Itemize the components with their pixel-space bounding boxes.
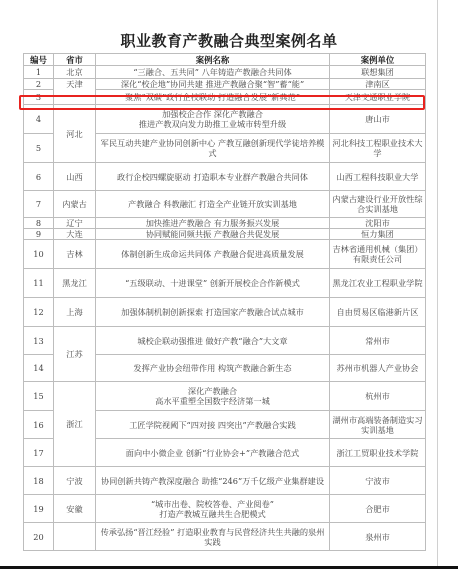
cell-province: 大连 bbox=[54, 229, 96, 240]
table-row: 18 宁波 协同创新共铸产教深度融合 助推“246”万千亿级产业集群建设 宁波市 bbox=[24, 467, 426, 495]
cell-case-name: 政行企校四螺旋驱动 打造职本专业群产教融合共同体 bbox=[96, 163, 330, 191]
cell-province: 天津 bbox=[54, 79, 96, 105]
cell-province: 浙江 bbox=[54, 382, 96, 467]
cell-case-unit: 苏州市机器人产业协会 bbox=[330, 355, 426, 382]
cell-case-name: “三融合、五共同” 八年铸造产教融合共同体 bbox=[96, 66, 330, 79]
cell-province: 辽宁 bbox=[54, 218, 96, 229]
cell-case-unit: 内蒙古建设行业开放性综合实训基地 bbox=[330, 191, 426, 218]
cell-province: 黑龙江 bbox=[54, 269, 96, 298]
cell-no: 19 bbox=[24, 495, 54, 523]
table-row: 6 山西 政行企校四螺旋驱动 打造职本专业群产教融合共同体 山西工程科技职业大学 bbox=[24, 163, 426, 191]
cell-no: 3 bbox=[24, 90, 54, 105]
table-row: 19 安徽 “城市出卷、院校答卷、产业阅卷” 打造产教城互融共生合肥模式 合肥市 bbox=[24, 495, 426, 523]
table-row: 11 黑龙江 “五级联动、十进课堂” 创新开展校企合作新模式 黑龙江农业工程职业… bbox=[24, 269, 426, 298]
header-province: 省市 bbox=[54, 54, 96, 66]
table-header-row: 编号 省市 案例名称 案例单位 bbox=[24, 54, 426, 66]
cell-case-unit: 沈阳市 bbox=[330, 218, 426, 229]
cell-case-name: 协同创新共铸产教深度融合 助推“246”万千亿级产业集群建设 bbox=[96, 467, 330, 495]
cell-no: 8 bbox=[24, 218, 54, 229]
cell-case-name: 加强体制机制创新探索 打造国家产教融合试点城市 bbox=[96, 298, 330, 327]
table-row: 13 江苏 城校企联动强推进 做好产教“融合”大文章 常州市 bbox=[24, 327, 426, 355]
cell-no: 15 bbox=[24, 382, 54, 411]
cell-province: 内蒙古 bbox=[54, 191, 96, 218]
cell-case-unit: 泉州市 bbox=[330, 523, 426, 551]
cell-no: 11 bbox=[24, 269, 54, 298]
cell-case-unit: 黑龙江农业工程职业学院 bbox=[330, 269, 426, 298]
cell-no: 20 bbox=[24, 523, 54, 551]
case-name-line: 推进产教双向发力助推工业城市转型升级 bbox=[98, 119, 327, 129]
cell-case-unit: 恒力集团 bbox=[330, 229, 426, 240]
cell-case-unit: 合肥市 bbox=[330, 495, 426, 523]
cell-case-unit: 常州市 bbox=[330, 327, 426, 355]
cell-case-unit: 天津交通职业学院 bbox=[330, 90, 426, 105]
cell-province: 河北 bbox=[54, 105, 96, 163]
header-case-unit: 案例单位 bbox=[330, 54, 426, 66]
table-row: 20 传承弘扬“晋江经验” 打造职业教育与民营经济共生共融的泉州实践 泉州市 bbox=[24, 523, 426, 551]
cell-case-unit: 湖州市高端装备制造实习实训基地 bbox=[330, 411, 426, 439]
case-name-line: 深化产教融合 bbox=[98, 386, 327, 396]
cell-no: 17 bbox=[24, 439, 54, 467]
page-title: 职业教育产教融合典型案例名单 bbox=[0, 30, 458, 51]
cell-case-unit: 吉林省通用机械（集团）有限责任公司 bbox=[330, 240, 426, 269]
cell-no: 1 bbox=[24, 66, 54, 79]
table-row: 1 北京 “三融合、五共同” 八年铸造产教融合共同体 联想集团 bbox=[24, 66, 426, 79]
cell-case-name: 军民互动共建产业协同创新中心 产教互融创新现代学徒培养模式 bbox=[96, 134, 330, 163]
cell-no: 2 bbox=[24, 79, 54, 90]
cell-case-name: 城校企联动强推进 做好产教“融合”大文章 bbox=[96, 327, 330, 355]
cell-no: 10 bbox=[24, 240, 54, 269]
case-name-line: 打造产教城互融共生合肥模式 bbox=[98, 509, 327, 519]
cell-case-unit: 宁波市 bbox=[330, 467, 426, 495]
header-no: 编号 bbox=[24, 54, 54, 66]
cell-province: 上海 bbox=[54, 298, 96, 327]
cell-province: 北京 bbox=[54, 66, 96, 79]
cell-no: 14 bbox=[24, 355, 54, 382]
cell-province: 山西 bbox=[54, 163, 96, 191]
table-row: 7 内蒙古 产教融合 科教融汇 打造全产业链开放实训基地 内蒙古建设行业开放性综… bbox=[24, 191, 426, 218]
table-row: 9 大连 协同赋能同频共振 产教融合共促发展 恒力集团 bbox=[24, 229, 426, 240]
cell-case-name: 深化产教融合 高水平重塑全国数字经济第一城 bbox=[96, 382, 330, 411]
table-row: 10 吉林 体制创新生成命运共同体 产教融合促进高质量发展 吉林省通用机械（集团… bbox=[24, 240, 426, 269]
table-row: 12 上海 加强体制机制创新探索 打造国家产教融合试点城市 自由贸易区临港新片区 bbox=[24, 298, 426, 327]
cell-case-unit: 山西工程科技职业大学 bbox=[330, 163, 426, 191]
cell-case-name: 体制创新生成命运共同体 产教融合促进高质量发展 bbox=[96, 240, 330, 269]
cell-case-name: 发挥产业协会纽带作用 构筑产教融合新生态 bbox=[96, 355, 330, 382]
cell-case-name: 产教融合 科教融汇 打造全产业链开放实训基地 bbox=[96, 191, 330, 218]
table-row: 2 天津 深化“校企地”协同共建 推进产教融合聚“智”蓄“能” 津南区 bbox=[24, 79, 426, 90]
case-list-table: 编号 省市 案例名称 案例单位 1 北京 “三融合、五共同” 八年铸造产教融合共… bbox=[23, 53, 426, 551]
table-row: 15 浙江 深化产教融合 高水平重塑全国数字经济第一城 杭州市 bbox=[24, 382, 426, 411]
cell-case-unit: 杭州市 bbox=[330, 382, 426, 411]
cell-no: 13 bbox=[24, 327, 54, 355]
cell-case-name: 加快推进产教融合 有力服务振兴发展 bbox=[96, 218, 330, 229]
cell-province bbox=[54, 523, 96, 551]
cell-case-unit: 唐山市 bbox=[330, 105, 426, 134]
cell-no: 16 bbox=[24, 411, 54, 439]
cell-case-name: 工匠学院视阈下“四对接 四突出”产教融合实践 bbox=[96, 411, 330, 439]
page-edge-line bbox=[437, 0, 438, 567]
table-row: 8 辽宁 加快推进产教融合 有力服务振兴发展 沈阳市 bbox=[24, 218, 426, 229]
header-case-name: 案例名称 bbox=[96, 54, 330, 66]
cell-no: 7 bbox=[24, 191, 54, 218]
cell-province: 宁波 bbox=[54, 467, 96, 495]
table-row: 4 河北 加强校企合作 深化产教融合 推进产教双向发力助推工业城市转型升级 唐山… bbox=[24, 105, 426, 134]
cell-case-unit: 津南区 bbox=[330, 79, 426, 90]
cell-case-name: “城市出卷、院校答卷、产业阅卷” 打造产教城互融共生合肥模式 bbox=[96, 495, 330, 523]
cell-no: 12 bbox=[24, 298, 54, 327]
cell-no: 18 bbox=[24, 467, 54, 495]
cell-case-unit: 河北科技工程职业技术大学 bbox=[330, 134, 426, 163]
case-name-line: “城市出卷、院校答卷、产业阅卷” bbox=[98, 499, 327, 509]
cell-case-name: 深化“校企地”协同共建 推进产教融合聚“智”蓄“能” bbox=[96, 79, 330, 90]
cell-case-name: 协同赋能同频共振 产教融合共促发展 bbox=[96, 229, 330, 240]
cell-province: 安徽 bbox=[54, 495, 96, 523]
cell-no: 9 bbox=[24, 229, 54, 240]
cell-case-name: “五级联动、十进课堂” 创新开展校企合作新模式 bbox=[96, 269, 330, 298]
cell-case-name: 聚焦“双碳”政行企校联动 打造融合发展“新典范” bbox=[96, 90, 330, 105]
cell-no: 6 bbox=[24, 163, 54, 191]
cell-case-unit: 自由贸易区临港新片区 bbox=[330, 298, 426, 327]
case-name-line: 加强校企合作 深化产教融合 bbox=[98, 109, 327, 119]
cell-case-unit: 浙江工贸职业技术学院 bbox=[330, 439, 426, 467]
cell-case-name: 面向中小微企业 创新“行业协会+”产教融合范式 bbox=[96, 439, 330, 467]
cell-no: 4 bbox=[24, 105, 54, 134]
cell-case-unit: 联想集团 bbox=[330, 66, 426, 79]
cell-no: 5 bbox=[24, 134, 54, 163]
cell-province: 江苏 bbox=[54, 327, 96, 382]
cell-case-name: 加强校企合作 深化产教融合 推进产教双向发力助推工业城市转型升级 bbox=[96, 105, 330, 134]
cell-case-name: 传承弘扬“晋江经验” 打造职业教育与民营经济共生共融的泉州实践 bbox=[96, 523, 330, 551]
case-name-line: 高水平重塑全国数字经济第一城 bbox=[98, 396, 327, 406]
cell-province: 吉林 bbox=[54, 240, 96, 269]
